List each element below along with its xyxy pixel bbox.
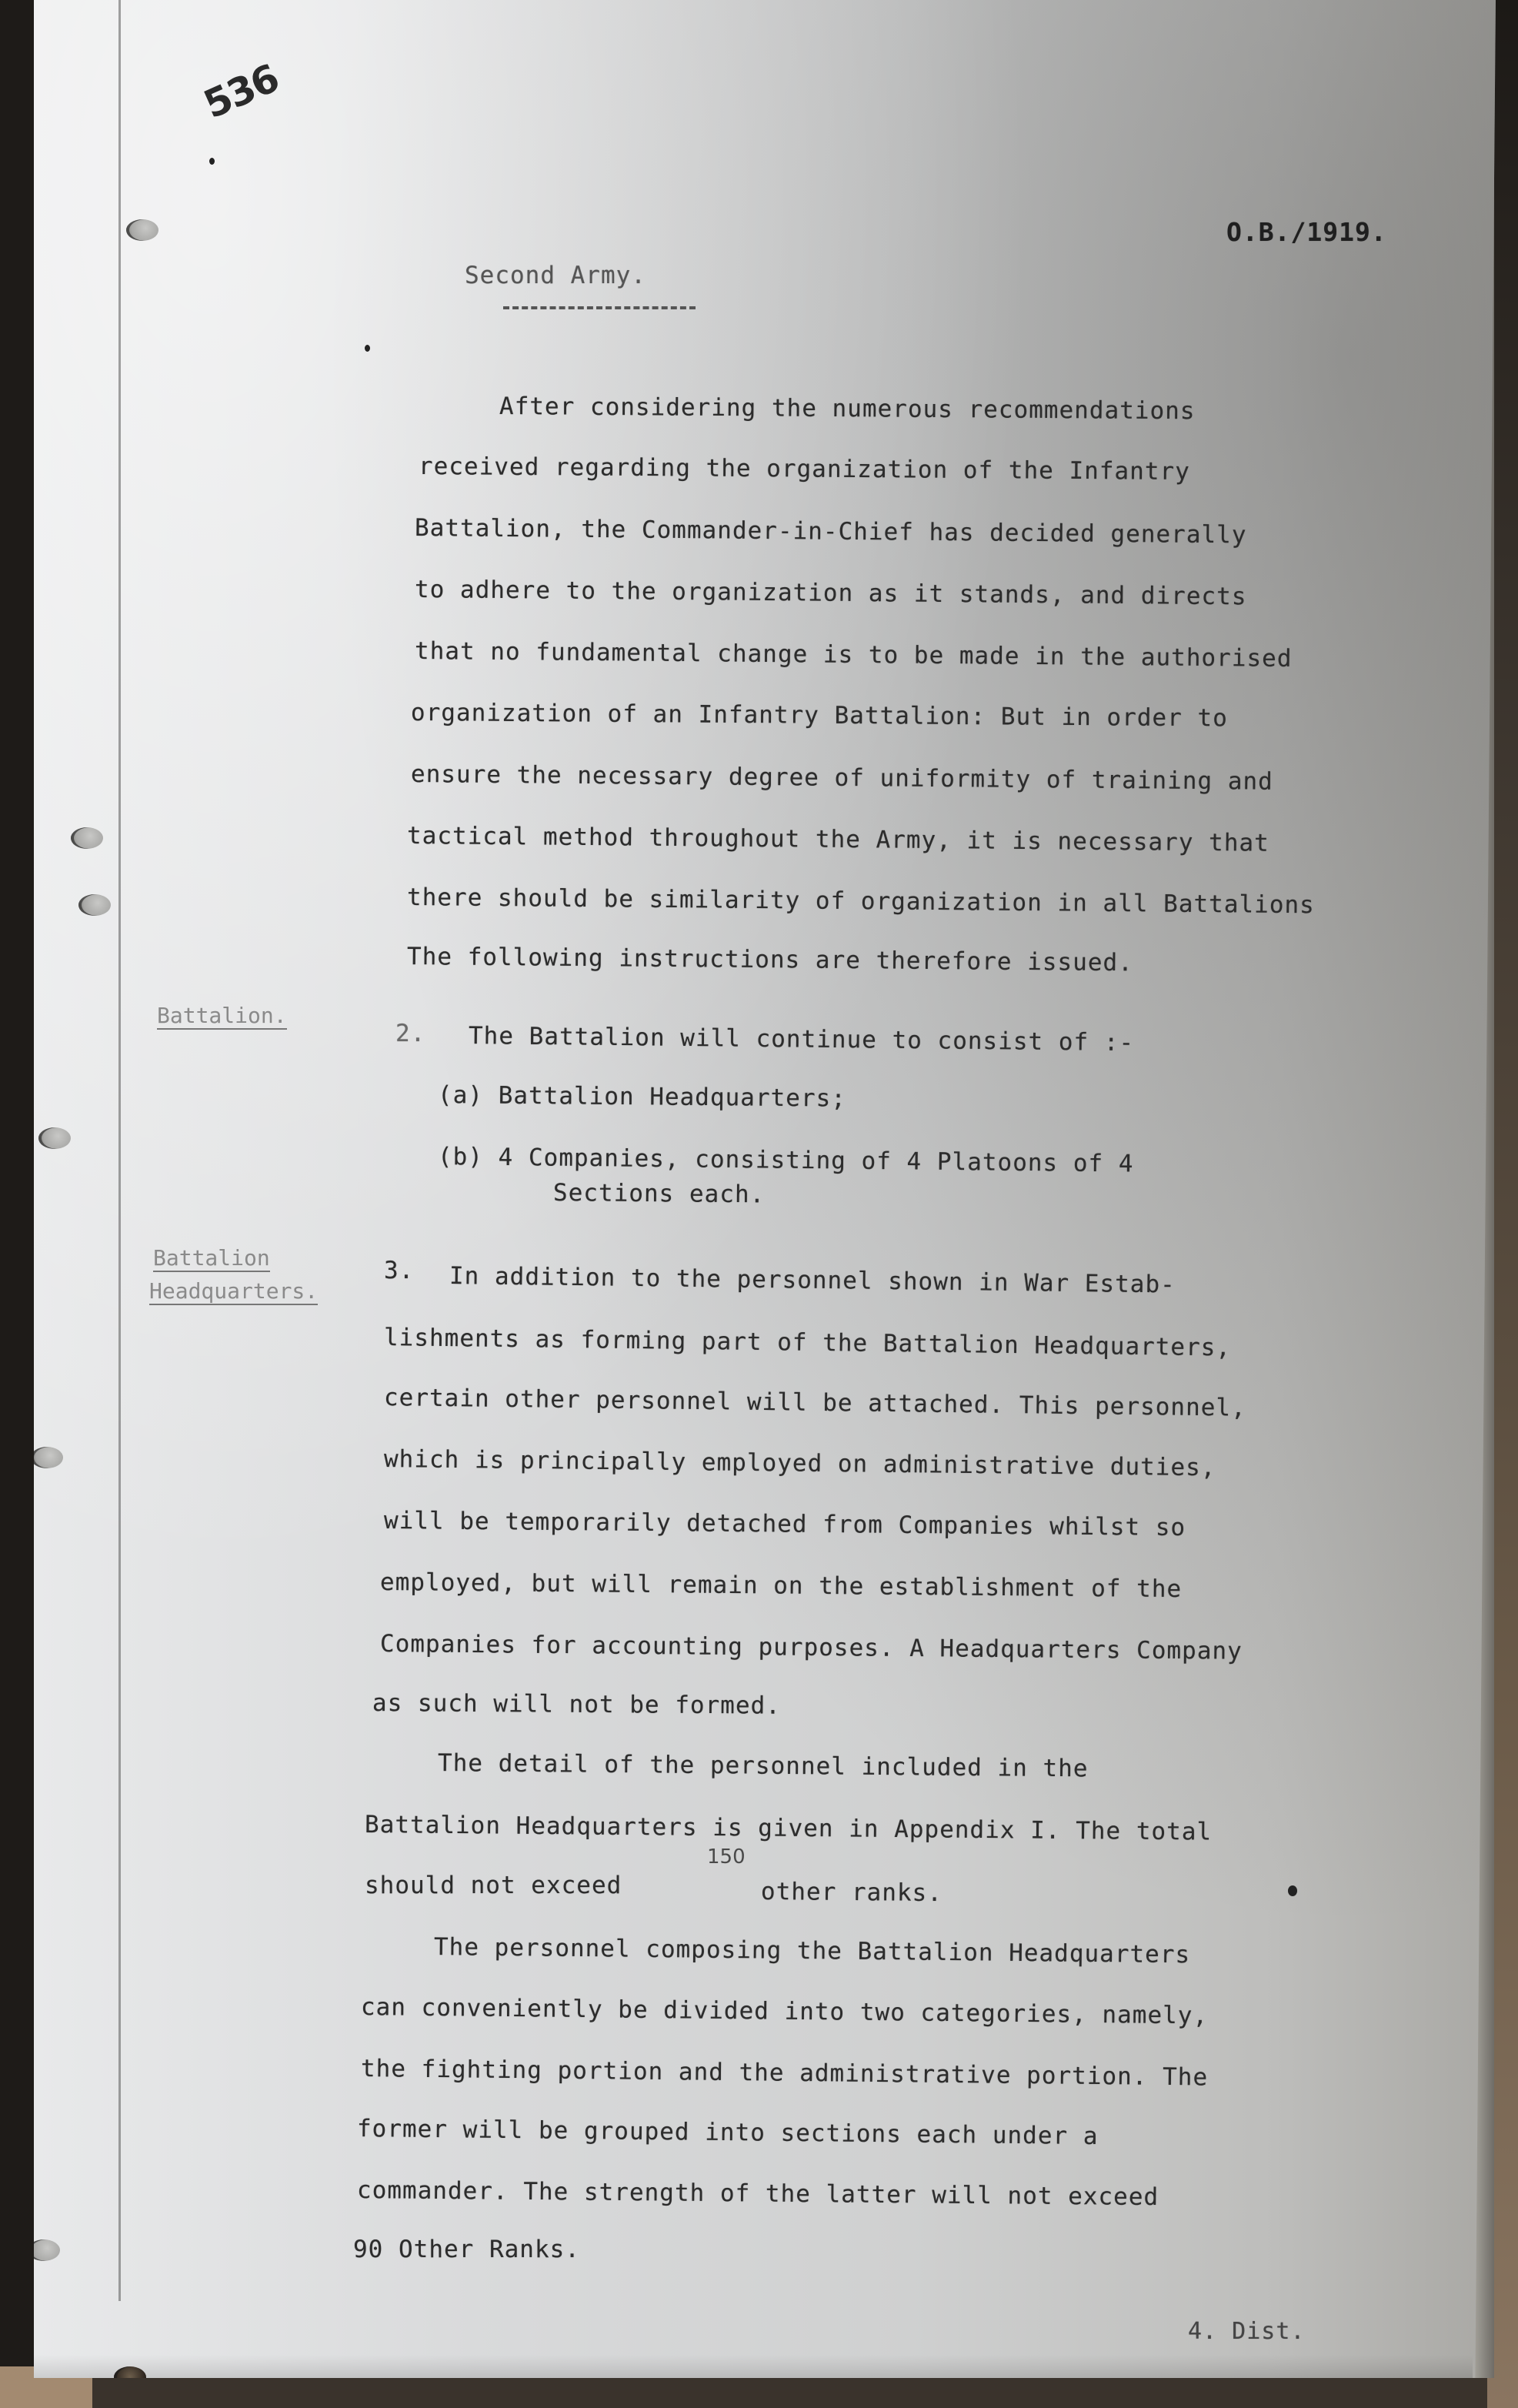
text-line: commander. The strength of the latter wi… (357, 2176, 1159, 2211)
text-line: organization of an Infantry Battalion: B… (411, 699, 1228, 732)
text-line: The detail of the personnel included in … (438, 1749, 1089, 1782)
text-line: other ranks. (761, 1878, 942, 1907)
handwritten-total: 150 (707, 1845, 746, 1869)
punch-hole-icon (78, 894, 111, 916)
punch-hole-icon (126, 219, 158, 241)
ink-speck (365, 345, 370, 352)
punch-hole-icon (71, 827, 103, 849)
reference-number: O.B./1919. (1226, 217, 1387, 247)
text-line: The Battalion will continue to consist o… (469, 1022, 1135, 1057)
text-line: received regarding the organization of t… (419, 453, 1190, 486)
text-line: can conveniently be divided into two cat… (361, 1993, 1208, 2030)
list-item-continuation: Sections each. (553, 1179, 766, 1208)
list-item: (b) 4 Companies, consisting of 4 Platoon… (438, 1143, 1134, 1177)
text-line: will be temporarily detached from Compan… (384, 1507, 1186, 1541)
margin-heading: Battalion (153, 1247, 270, 1272)
addressee-underline (503, 306, 696, 309)
text-line: Battalion Headquarters is given in Appen… (365, 1811, 1212, 1846)
addressee: Second Army. (465, 262, 646, 289)
text-line: there should be similarity of organizati… (407, 883, 1315, 919)
scanned-document: 536 21 O.B./1919. Second Army. After con… (0, 0, 1518, 2408)
margin-heading: Headquarters. (149, 1280, 318, 1305)
text-line: former will be grouped into sections eac… (357, 2115, 1099, 2150)
text-line: should not exceed (365, 1872, 622, 1899)
text-line: The personnel composing the Battalion He… (434, 1933, 1191, 1969)
text-line: employed, but will remain on the establi… (380, 1568, 1182, 1603)
punch-hole-icon (38, 1127, 71, 1149)
paragraph-number: 3. (384, 1257, 414, 1284)
text-line: which is principally employed on adminis… (384, 1445, 1216, 1481)
text-line: In addition to the personnel shown in Wa… (449, 1262, 1176, 1299)
folio-number: 536 (197, 56, 284, 128)
text-line: that no fundamental change is to be made… (415, 637, 1293, 673)
text-line: Companies for accounting purposes. A Hea… (380, 1630, 1243, 1665)
text-line: to adhere to the organization as it stan… (415, 576, 1247, 610)
text-line: Battalion, the Commander-in-Chief has de… (415, 514, 1247, 549)
margin-heading: Battalion. (157, 1004, 287, 1030)
scanner-backing-left (0, 0, 34, 2408)
ink-speck (1288, 1885, 1297, 1896)
page-bottom-shadow (34, 2355, 1473, 2378)
text-line: tactical method throughout the Army, it … (407, 822, 1269, 857)
text-line: certain other personnel will be attached… (384, 1384, 1246, 1422)
text-line: After considering the numerous recommend… (499, 392, 1196, 425)
fold-line (118, 0, 121, 2301)
text-line: ensure the necessary degree of uniformit… (411, 760, 1273, 796)
document-page: 536 21 O.B./1919. Second Army. After con… (34, 0, 1496, 2378)
text-line: as such will not be formed. (372, 1689, 781, 1720)
punch-hole-icon (31, 1447, 63, 1468)
text-line: The following instructions are therefore… (407, 943, 1133, 977)
text-line: lishments as forming part of the Battali… (384, 1324, 1232, 1361)
list-item: (a) Battalion Headquarters; (438, 1081, 846, 1113)
text-line: 90 Other Ranks. (353, 2236, 580, 2263)
ink-speck (209, 158, 215, 165)
paragraph-number: 2. (395, 1020, 425, 1047)
catchword: 4. Dist. (1188, 2318, 1306, 2345)
text-line: the fighting portion and the administrat… (361, 2055, 1208, 2092)
